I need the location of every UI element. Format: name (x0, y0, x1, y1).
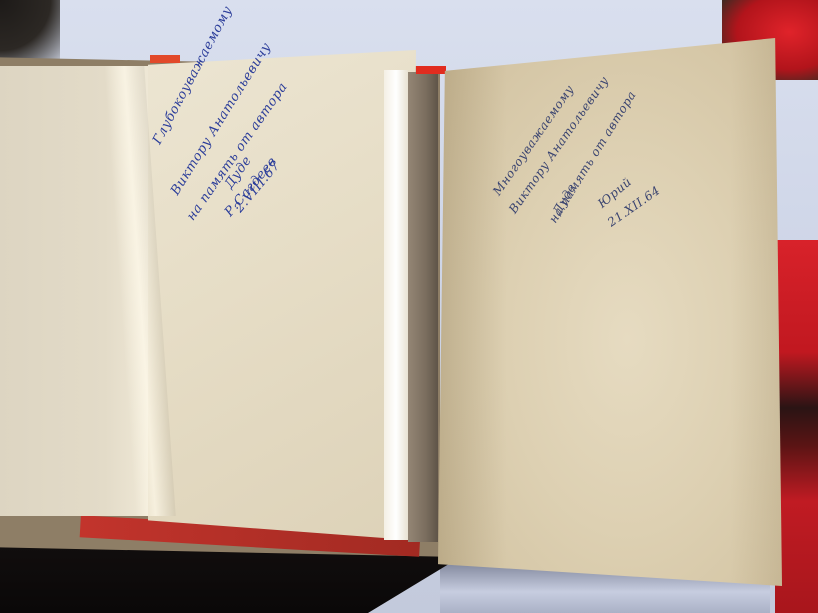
headband-red-spine (416, 66, 446, 74)
left-book-page-stack (384, 70, 408, 540)
left-book-spine (408, 72, 438, 542)
left-book-flyleaf (148, 50, 416, 540)
headband-red (150, 55, 180, 63)
